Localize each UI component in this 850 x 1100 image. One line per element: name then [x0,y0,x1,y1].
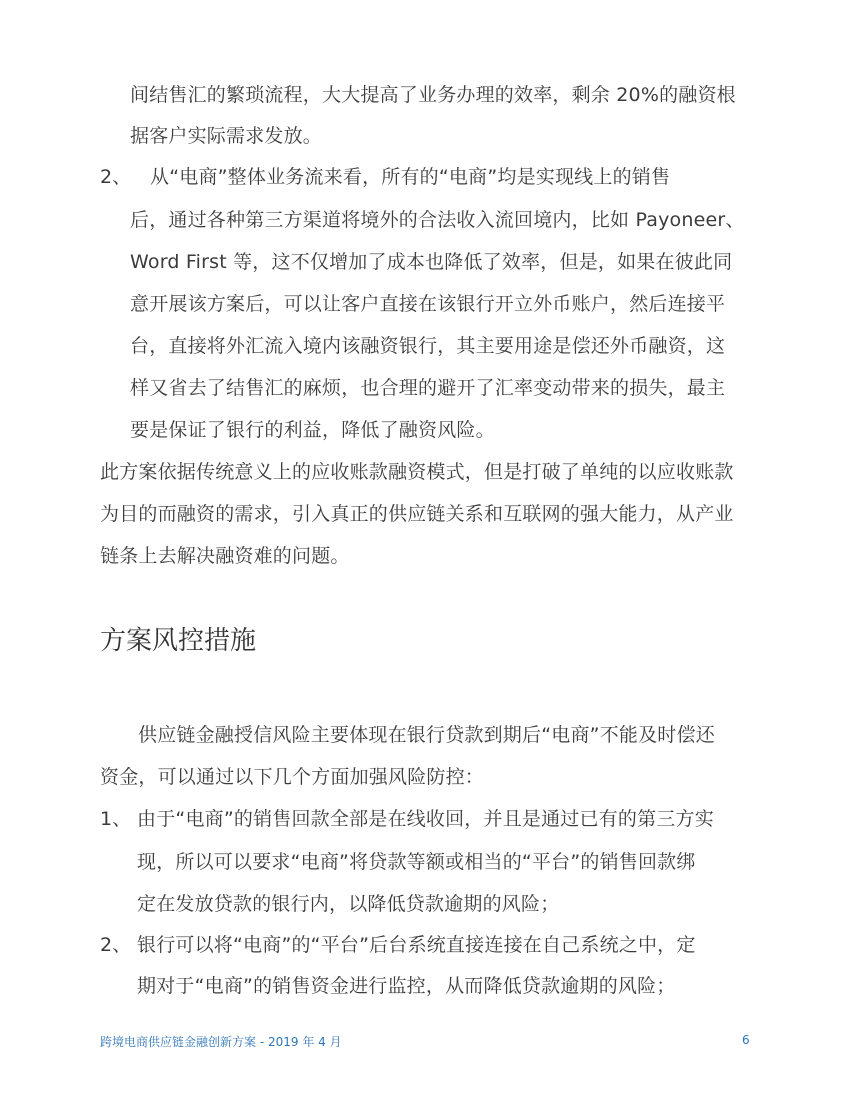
paragraph-line: 间结售汇的繁琐流程，大大提高了业务办理的效率，剩余 20%的融资根 [130,83,736,107]
list-item-line: 意开展该方案后，可以让客户直接在该银行开立外币账户，然后连接平 [130,292,725,316]
list-marker: 2、 [100,933,131,957]
paragraph-line: 供应链金融授信风险主要体现在银行贷款到期后“电商”不能及时偿还 [138,723,715,747]
list-item-line: 后，通过各种第三方渠道将境外的合法收入流回境内，比如 Payoneer、 [130,208,745,232]
document-page: 间结售汇的繁琐流程，大大提高了业务办理的效率，剩余 20%的融资根 据客户实际需… [0,0,850,1100]
list-item-line: 期对于“电商”的销售资金进行监控，从而降低贷款逾期的风险； [137,974,676,998]
paragraph-line: 链条上去解决融资难的问题。 [100,544,350,568]
list-item-line: Word First 等，这不仅增加了成本也降低了效率，但是，如果在彼此同 [130,250,732,274]
paragraph-line: 资金，可以通过以下几个方面加强风险防控： [100,765,484,789]
list-item-line: 要是保证了银行的利益，降低了融资风险。 [130,418,495,442]
list-item-line: 定在发放贷款的银行内，以降低贷款逾期的风险； [137,892,559,916]
list-marker: 1、 [100,807,131,831]
footer-title: 跨境电商供应链金融创新方案 - 2019 年 4 月 [100,1033,342,1050]
list-item-line: 台，直接将外汇流入境内该融资银行，其主要用途是偿还外币融资，这 [130,334,725,358]
list-item-line: 由于“电商”的销售回款全部是在线收回，并且是通过已有的第三方实 [137,807,714,831]
list-item-line: 从“电商”整体业务流来看，所有的“电商”均是实现线上的销售 [150,165,670,189]
paragraph-line: 此方案依据传统意义上的应收账款融资模式，但是打破了单纯的以应收账款 [100,460,734,484]
section-heading: 方案风控措施 [100,624,256,658]
list-marker: 2、 [100,165,131,189]
list-item-line: 现，所以可以要求“电商”将贷款等额或相当的“平台”的销售回款绑 [137,850,696,874]
list-item-line: 银行可以将“电商”的“平台”后台系统直接连接在自己系统之中，定 [137,933,696,957]
list-item-line: 样又省去了结售汇的麻烦，也合理的避开了汇率变动带来的损失，最主 [130,376,725,400]
paragraph-line: 据客户实际需求发放。 [130,124,322,148]
paragraph-line: 为目的而融资的需求，引入真正的供应链关系和互联网的强大能力，从产业 [100,502,734,526]
page-number: 6 [742,1033,750,1047]
